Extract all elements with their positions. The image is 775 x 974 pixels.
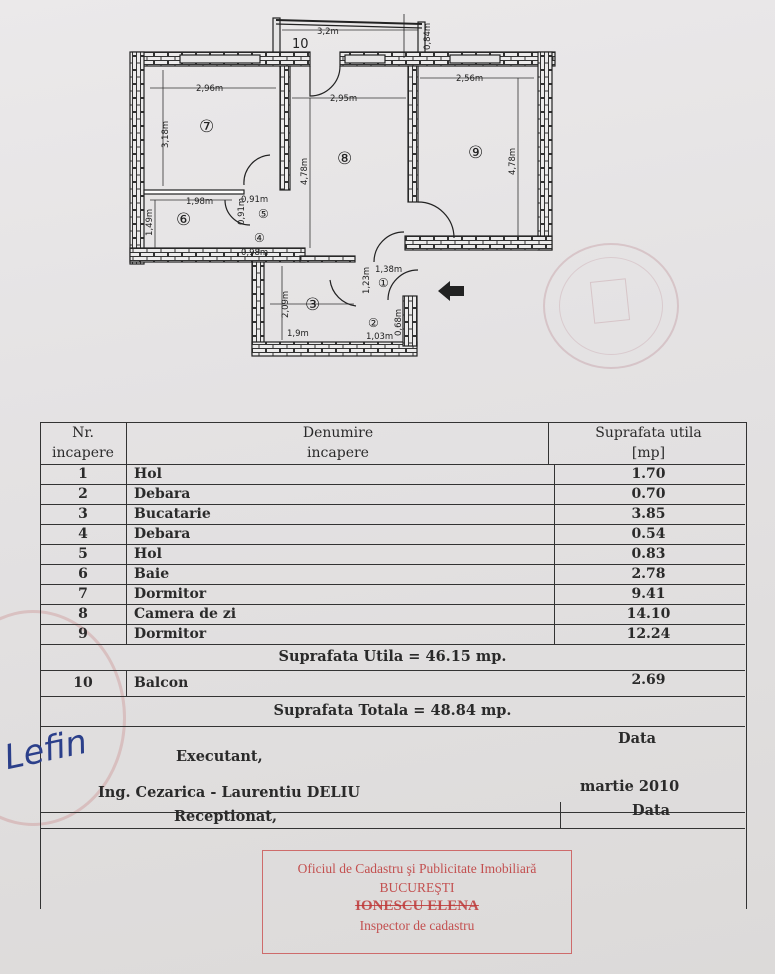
cell-area: 1.70 [552,464,745,484]
cell-area: 0.70 [552,484,745,504]
room-label-5: ⑤ [258,207,269,221]
header-area-line1: Suprafata utila [595,423,702,443]
dim-room6-width: 1,98m [186,197,213,207]
header-area-line2: [mp] [632,443,665,463]
balcony-name: Balcon [128,670,554,696]
cell-area: 12.24 [552,624,745,644]
room-label-3: ③ [305,295,320,315]
useful-total: Suprafata Utila = 46.15 mp. [40,648,745,665]
executant-name: Ing. Cezarica - Laurentiu DELIU [98,784,360,801]
dim-balcony-depth: 0,84m [423,23,433,50]
room-label-8: ⑧ [337,149,352,169]
room-label-9: ⑨ [468,143,483,163]
executant-label: Executant, [176,748,263,765]
cell-name: Debara [128,484,555,504]
cell-nr: 8 [40,604,127,624]
table-row: 1Hol1.70 [40,464,745,485]
cell-name: Camera de zi [128,604,555,624]
dim-room5-height: 0,91m [237,198,247,225]
dim-room4-width: 0,98m [241,248,268,258]
dim-room9-height: 4,78m [508,148,518,175]
dim-room2-height: 0,68m [394,309,404,336]
cell-nr: 7 [40,584,127,604]
cell-area: 2.78 [552,564,745,584]
room-label-2: ② [368,316,379,330]
balcony-nr: 10 [40,670,127,696]
ocpi-stamp: Oficiul de Cadastru şi Publicitate Imobi… [262,850,572,954]
cell-area: 9.41 [552,584,745,604]
arrow-left-icon [438,281,464,301]
stamp-house-icon [590,278,630,324]
stamp-line4: Inspector de cadastru [263,916,571,935]
grand-total-row: Suprafata Totala = 48.84 mp. [40,696,745,727]
walls [130,18,555,356]
cell-name: Hol [128,544,555,564]
dim-room2-width: 1,03m [366,332,393,342]
received-label: Receptionat, [174,808,277,825]
cell-nr: 3 [40,504,127,524]
cell-name: Baie [128,564,555,584]
table-row: 4Debara0.54 [40,524,745,545]
room-label-1: ① [378,276,389,290]
dim-balcony-width: 3,2m [317,27,339,37]
dim-room3-width: 1,9m [287,329,309,339]
cell-name: Dormitor [128,624,555,644]
cell-nr: 6 [40,564,127,584]
table-row-balcony: 10 Balcon 2.69 [40,670,745,697]
cell-nr: 4 [40,524,127,544]
room-label-4: ④ [254,231,265,245]
dim-room3-height: 2,09m [281,291,291,318]
table-row: 9Dormitor12.24 [40,624,745,645]
cell-area: 14.10 [552,604,745,624]
date-label: Data [618,730,656,747]
cell-name: Bucatarie [128,504,555,524]
table-row: 8Camera de zi14.10 [40,604,745,625]
cell-area: 0.83 [552,544,745,564]
table-row: 6Baie2.78 [40,564,745,585]
table-row: 3Bucatarie3.85 [40,504,745,525]
table-header: Nr. incapere Denumire incapere Suprafata… [40,422,745,465]
cell-nr: 5 [40,544,127,564]
cell-area: 3.85 [552,504,745,524]
room-label-7: ⑦ [199,117,214,137]
cell-name: Debara [128,524,555,544]
cell-nr: 2 [40,484,127,504]
header-nr-line1: Nr. [72,423,94,443]
table-row: 7Dormitor9.41 [40,584,745,605]
table-row: 2Debara0.70 [40,484,745,505]
cell-nr: 9 [40,624,127,644]
stamp-line3: IONESCU ELENA [263,897,571,916]
received-row: Receptionat, Data [40,802,745,829]
date-value: martie 2010 [580,778,679,795]
cell-name: Hol [128,464,555,484]
stamp-line2: BUCUREŞTI [263,878,571,897]
dim-room8-width: 2,95m [330,94,357,104]
cell-area: 0.54 [552,524,745,544]
dim-room8-height: 4,78m [300,158,310,185]
dim-room7-height: 3,18m [161,121,171,148]
executant-row: Executant, Ing. Cezarica - Laurentiu DEL… [40,726,745,813]
dim-room9-width: 2,56m [456,74,483,84]
dim-room6-height: 1,49m [145,209,155,236]
stamp-line1: Oficiul de Cadastru şi Publicitate Imobi… [263,859,571,878]
room-label-10: 10 [292,37,309,52]
grand-total: Suprafata Totala = 48.84 mp. [40,702,745,719]
dim-room1-width: 1,38m [375,265,402,275]
table-row: 5Hol0.83 [40,544,745,565]
room-label-6: ⑥ [176,210,191,230]
header-name-line1: Denumire [303,423,373,443]
received-date-label: Data [632,802,670,819]
dim-room1-height: 1,23m [362,267,372,294]
balcony-area: 2.69 [552,664,745,696]
cell-nr: 1 [40,464,127,484]
header-name-line2: incapere [307,443,369,463]
header-nr-line2: incapere [52,443,114,463]
cell-name: Dormitor [128,584,555,604]
dim-room7-width: 2,96m [196,84,223,94]
